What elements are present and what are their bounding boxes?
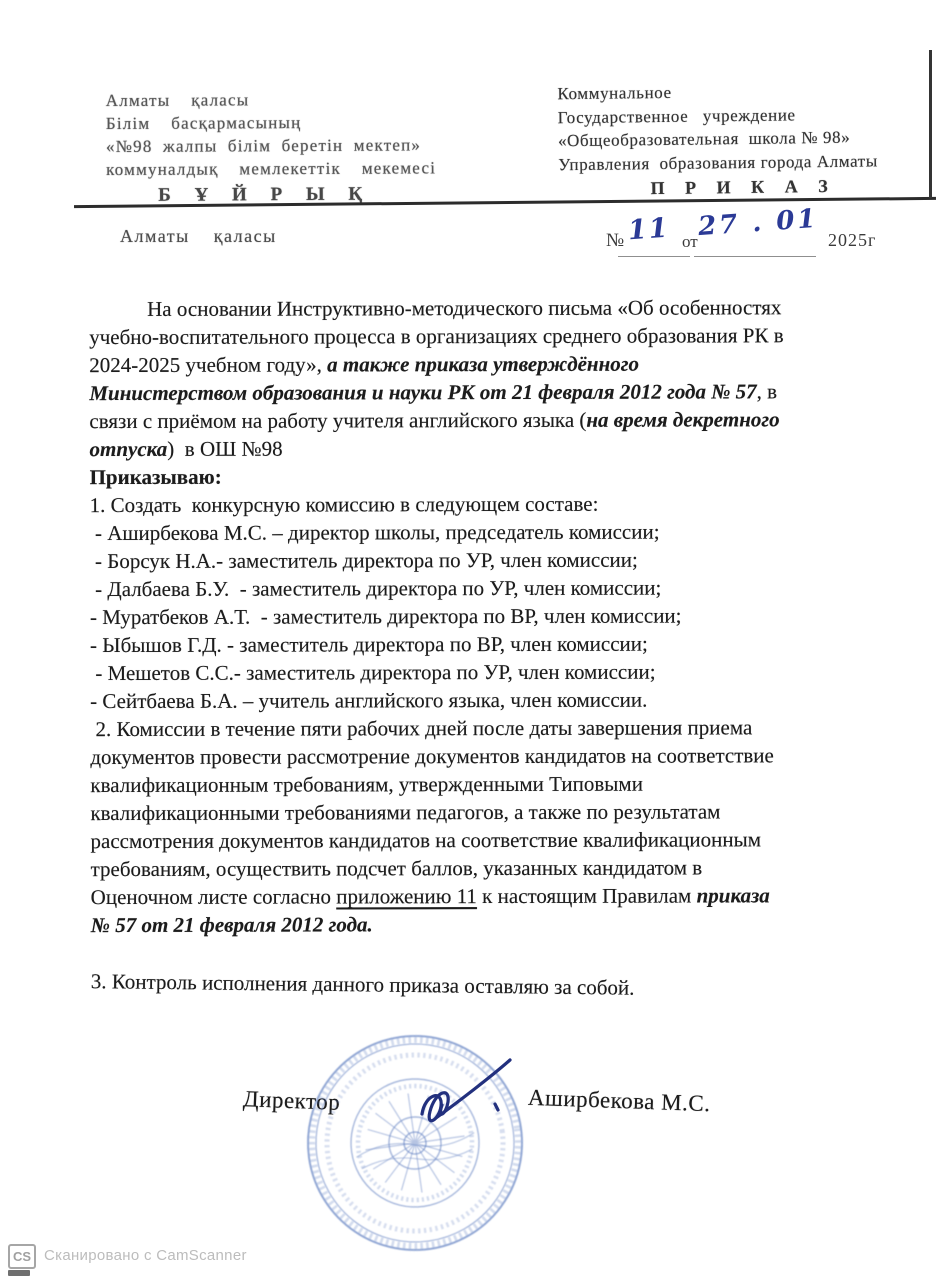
text-run: к настоящим Правилам	[477, 883, 697, 908]
date-underline	[694, 256, 816, 257]
commission-member: - Мешетов С.С.- заместитель директора по…	[90, 657, 920, 687]
text-run-bold-italic: на время декретного	[586, 407, 779, 432]
text-run: Оценочном листе согласно	[91, 884, 337, 909]
text-run-bold-italic: а также приказа утверждённого	[327, 352, 639, 377]
camscanner-logo-text: CS	[13, 1249, 31, 1264]
camscanner-logo-base	[8, 1270, 30, 1276]
commission-member: - Аширбекова М.С. – директор школы, пред…	[90, 517, 920, 547]
letterhead-line: Алматы қаласы	[106, 87, 506, 112]
text-run: ) в ОШ №98	[167, 437, 282, 461]
text-run: связи с приёмом на работу учителя англий…	[89, 408, 586, 433]
text-run-bold-italic: приказа	[697, 883, 770, 907]
body-line: учебно-воспитательного процесса в органи…	[89, 321, 919, 351]
body-line: Оценочном листе согласно приложению 11 к…	[91, 881, 921, 911]
text-run: На основании Инструктивно-методического …	[147, 295, 781, 321]
body-line: требованиям, осуществить подсчет баллов,…	[91, 853, 921, 883]
letterhead-line: Управления образования города Алматы	[558, 148, 930, 176]
number-sign: №	[606, 230, 624, 252]
scanned-order-page: Алматы қаласы Білім басқармасының «№98 ж…	[0, 0, 937, 1280]
body-line: рассмотрения документов кандидатов на со…	[90, 825, 920, 855]
body-line: документов провести рассмотрение докумен…	[90, 741, 920, 771]
letterhead-line: Білім басқармасының	[106, 110, 506, 135]
text-run: 2024-2025 учебном году»,	[89, 352, 327, 377]
order-keyword: Приказываю:	[90, 461, 920, 491]
city-label: Алматы қаласы	[120, 226, 277, 247]
number-underline	[618, 256, 690, 257]
text-run: учебно-воспитательного процесса в органи…	[89, 323, 783, 349]
commission-member: - Далбаева Б.У. - заместитель директора …	[90, 573, 920, 603]
right-edge-line	[929, 50, 932, 198]
text-run: , в	[757, 379, 777, 403]
body-line: отпуска) в ОШ №98	[89, 433, 919, 463]
camscanner-logo-icon: CS	[8, 1244, 36, 1269]
body-line: 3. Контроль исполнения данного приказа о…	[91, 967, 921, 1005]
body-line: квалификационными требованиями педагогов…	[90, 797, 920, 827]
signature-scribble-icon	[392, 1052, 532, 1148]
text-run-bold-italic: Министерством образования и науки РК от …	[89, 379, 756, 405]
body-line: квалификационным требованиям, утвержденн…	[90, 769, 920, 799]
order-number-row: № 11 от 27 . 01 2025г	[598, 218, 918, 268]
handwritten-order-number: 11	[627, 213, 671, 247]
body-line: связи с приёмом на работу учителя англий…	[89, 405, 919, 435]
commission-member: - Ыбышов Г.Д. - заместитель директора по…	[90, 629, 920, 659]
body-line: 2024-2025 учебном году», а также приказа…	[89, 349, 919, 379]
body-line: Министерством образования и науки РК от …	[89, 377, 919, 407]
order-body-text: На основании Инструктивно-методического …	[89, 293, 921, 995]
body-line: На основании Инструктивно-методического …	[89, 293, 919, 323]
text-run-bold-italic: отпуска	[89, 437, 167, 461]
body-line: № 57 от 21 февраля 2012 года.	[91, 909, 921, 939]
body-line: 2. Комиссии в течение пяти рабочих дней …	[90, 713, 920, 743]
commission-member: - Сейтбаева Б.А. – учитель английского я…	[90, 685, 920, 715]
letterhead-line: «№98 жалпы білім беретін мектеп»	[106, 133, 506, 158]
year-label: 2025г	[828, 230, 876, 251]
body-line: 1. Создать конкурсную комиссию в следующ…	[90, 489, 920, 519]
commission-member: - Борсук Н.А.- заместитель директора по …	[90, 545, 920, 575]
commission-member: - Муратбеков А.Т. - заместитель директор…	[90, 601, 920, 631]
from-label: от	[682, 232, 698, 252]
text-run-underlined: приложению 11	[336, 884, 477, 908]
camscanner-watermark-text: Сканировано с CamScanner	[44, 1247, 247, 1264]
handwritten-date: 27 . 01	[697, 204, 819, 242]
letterhead-line: коммуналдық мемлекеттік мекемесі	[106, 156, 506, 181]
letterhead-russian: Коммунальное Государственное учреждение …	[557, 78, 930, 202]
letterhead-kazakh: Алматы қаласы Білім басқармасының «№98 ж…	[106, 87, 507, 207]
signer-name-label: Аширбекова М.С.	[528, 1085, 711, 1117]
